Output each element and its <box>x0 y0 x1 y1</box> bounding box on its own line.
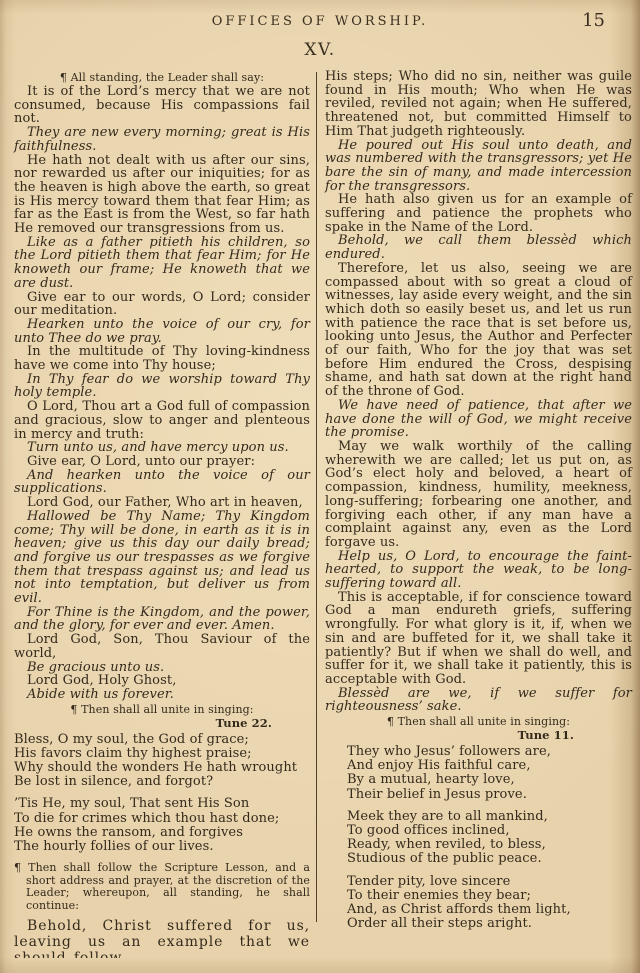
tune-label: Tune 11. <box>325 729 632 742</box>
hymn-stanza: They who Jesus’ followers are,And enjoy … <box>325 745 632 802</box>
prayer-paragraph: In Thy fear do we worship toward Thy hol… <box>14 373 310 400</box>
hymn-stanza: Bless, O my soul, the God of grace;His f… <box>14 733 310 790</box>
header-title: OFFICES OF WORSHIP. <box>212 14 429 29</box>
prayer-paragraph: Hallowed be Thy Name; Thy Kingdom come; … <box>14 510 310 606</box>
hymn-line: His favors claim thy highest praise; <box>14 747 310 761</box>
prayer-paragraph: He poured out His soul unto death, and w… <box>325 139 632 194</box>
prayer-paragraph: Lord God, Holy Ghost, <box>14 674 310 688</box>
left-column: ¶ All standing, the Leader shall say:It … <box>14 70 310 958</box>
hymn-line: Tender pity, love sincere <box>347 875 632 889</box>
hymn-stanza: ’Tis He, my soul, That sent His SonTo di… <box>14 797 310 854</box>
prayer-paragraph: Turn unto us, and have mercy upon us. <box>14 441 310 455</box>
hymn-line: Order all their steps aright. <box>347 917 632 931</box>
prayer-paragraph: They are new every morning; great is His… <box>14 126 310 153</box>
section-heading: XV. <box>0 40 640 60</box>
hymn-line: Ready, when reviled, to bless, <box>347 838 632 852</box>
tune-label: Tune 22. <box>14 717 310 730</box>
hymn-line: Be lost in silence, and forgot? <box>14 775 310 789</box>
hymn-line: To good offices inclined, <box>347 824 632 838</box>
hymn-line: Bless, O my soul, the God of grace; <box>14 733 310 747</box>
prayer-paragraph: Lord God, our Father, Who art in heaven, <box>14 496 310 510</box>
prayer-paragraph: Help us, O Lord, to encourage the faint-… <box>325 550 632 591</box>
prayer-paragraph: This is acceptable, if for conscience to… <box>325 591 632 687</box>
prayer-paragraph: Behold, Christ suffered for us, leaving … <box>14 918 310 958</box>
hymn-line: And enjoy His faithful care, <box>347 759 632 773</box>
hymn-stanza: Tender pity, love sincereTo their enemie… <box>325 875 632 932</box>
hymn-line: To die for crimes which thou hast done; <box>14 812 310 826</box>
column-divider <box>316 72 317 922</box>
hymn-line: He owns the ransom, and forgives <box>14 826 310 840</box>
hymn-line: And, as Christ affords them light, <box>347 903 632 917</box>
hymn-line: By a mutual, hearty love, <box>347 773 632 787</box>
prayer-paragraph: Blessèd are we, if we suffer for righteo… <box>325 687 632 714</box>
prayer-paragraph: Abide with us forever. <box>14 688 310 702</box>
prayer-paragraph: He hath not dealt with us after our sins… <box>14 154 310 236</box>
prayer-paragraph: Lord God, Son, Thou Saviour of the world… <box>14 633 310 660</box>
prayer-paragraph: We have need of patience, that after we … <box>325 399 632 440</box>
hymn-line: They who Jesus’ followers are, <box>347 745 632 759</box>
prayer-paragraph: Like as a father pitieth his children, s… <box>14 236 310 291</box>
hymn-stanza: Meek they are to all mankind,To good off… <box>325 810 632 867</box>
hymn-line: To their enemies they bear; <box>347 889 632 903</box>
right-column: His steps; Who did no sin, neither was g… <box>325 70 632 958</box>
prayer-paragraph: For Thine is the Kingdom, and the power,… <box>14 606 310 633</box>
rubric: ¶ Then shall follow the Scripture Lesson… <box>14 862 310 912</box>
hymn-line: Why should the wonders He hath wrought <box>14 761 310 775</box>
hymn-line: Their belief in Jesus prove. <box>347 788 632 802</box>
hymn-line: The hourly follies of our lives. <box>14 840 310 854</box>
text-columns: ¶ All standing, the Leader shall say:It … <box>0 70 640 958</box>
prayer-paragraph: Therefore, let us also, seeing we are co… <box>325 262 632 399</box>
prayer-paragraph: O Lord, Thou art a God full of compassio… <box>14 400 310 441</box>
book-page: OFFICES OF WORSHIP. 15 XV. ¶ All standin… <box>0 0 640 973</box>
running-header: OFFICES OF WORSHIP. 15 <box>0 14 640 29</box>
prayer-paragraph: Behold, we call them blessèd which endur… <box>325 234 632 261</box>
hymn-line: Studious of the public peace. <box>347 852 632 866</box>
rubric: ¶ Then shall all unite in singing: <box>14 703 310 716</box>
hymn-line: Meek they are to all mankind, <box>347 810 632 824</box>
page-number: 15 <box>582 10 605 31</box>
prayer-paragraph: May we walk worthily of the calling wher… <box>325 440 632 550</box>
prayer-paragraph: In the multitude of Thy loving-kindness … <box>14 345 310 372</box>
prayer-paragraph: His steps; Who did no sin, neither was g… <box>325 70 632 139</box>
prayer-paragraph: It is of the Lord’s mercy that we are no… <box>14 85 310 126</box>
rubric: ¶ Then shall all unite in singing: <box>325 715 632 728</box>
hymn-line: ’Tis He, my soul, That sent His Son <box>14 797 310 811</box>
prayer-paragraph: And hearken unto the voice of our suppli… <box>14 469 310 496</box>
prayer-paragraph: Be gracious unto us. <box>14 661 310 675</box>
prayer-paragraph: Give ear, O Lord, unto our prayer: <box>14 455 310 469</box>
rubric: ¶ All standing, the Leader shall say: <box>14 71 310 84</box>
prayer-paragraph: He hath also given us for an example of … <box>325 193 632 234</box>
prayer-paragraph: Give ear to our words, O Lord; consider … <box>14 291 310 318</box>
prayer-paragraph: Hearken unto the voice of our cry, for u… <box>14 318 310 345</box>
